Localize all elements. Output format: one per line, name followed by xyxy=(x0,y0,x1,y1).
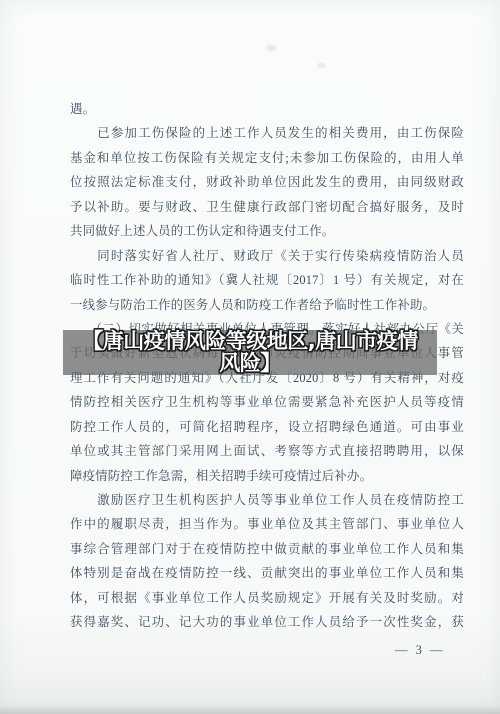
document-line: 同时落实好省人社厅、财政厅《关于实行传染病疫情防治人员 xyxy=(70,244,464,268)
document-line: 防控工作人员的，可简化招聘程序，设立招聘绿色通道。可由事业 xyxy=(70,415,464,439)
document-line: 遇。 xyxy=(70,97,464,121)
document-line: 位按照法定标准支付，财政补助单位因此发生的费用，由同级财政 xyxy=(70,170,464,194)
headline-text-line-1: 【唐山疫情风险等级地区,唐山市疫情 xyxy=(82,331,417,353)
document-line: 障疫情防控工作急需，相关招聘手续可疫情过后补办。 xyxy=(70,464,464,488)
page-number: — 3 — xyxy=(395,643,445,658)
document-line: 体，可根据《事业单位工作人员奖励规定》开展有关及时奖励。对 xyxy=(70,586,464,610)
document-line: 获得嘉奖、记功、记大功的事业单位工作人员给予一次性奖金，获 xyxy=(70,610,464,634)
document-line: 一线参与防治工作的医务人员和防疫工作者给予临时性工作补助。 xyxy=(70,293,464,317)
document-line: 共同做好上述人员的工伤认定和待遇支付工作。 xyxy=(70,219,464,243)
document-line: 事综合管理部门对于在疫情防控中做贡献的事业单位工作人员和集 xyxy=(70,537,464,561)
scan-artifact xyxy=(266,45,277,51)
document-line: 单位或其主管部门采用网上面试、考察等方式直接招聘聘用，以保 xyxy=(70,439,464,463)
document-line: 情防控相关医疗卫生机构等事业单位需要紧急补充医护人员等疫情 xyxy=(70,390,464,414)
document-line: 已参加工伤保险的上述工作人员发生的相关费用，由工伤保险 xyxy=(70,121,464,145)
document-line: 临时性工作补助的通知》（冀人社规〔2017〕1 号）有关规定，对在 xyxy=(70,268,464,292)
scanned-document-page: 遇。 已参加工伤保险的上述工作人员发生的相关费用，由工伤保险基金和单位按工伤保险… xyxy=(0,0,500,714)
headline-overlay-band: 【唐山疫情风险等级地区,唐山市疫情 风险】 xyxy=(63,330,437,375)
document-line: 激励医疗卫生机构医护人员等事业单位工作人员在疫情防控工 xyxy=(70,488,464,512)
document-line: 基金和单位按工伤保险有关规定支付;未参加工伤保险的，由用人单 xyxy=(70,146,464,170)
document-line: 作中的履职尽责，担当作为。事业单位及其主管部门、事业单位人 xyxy=(70,512,464,536)
scan-artifact xyxy=(317,63,326,68)
document-line: 体特别是奋战在疫情防控一线、贡献突出的事业单位工作人员和集 xyxy=(70,561,464,585)
headline-text-line-2: 风险】 xyxy=(219,353,281,375)
document-line: 予以补助。要与财政、卫生健康行政部门密切配合搞好服务，及时 xyxy=(70,195,464,219)
